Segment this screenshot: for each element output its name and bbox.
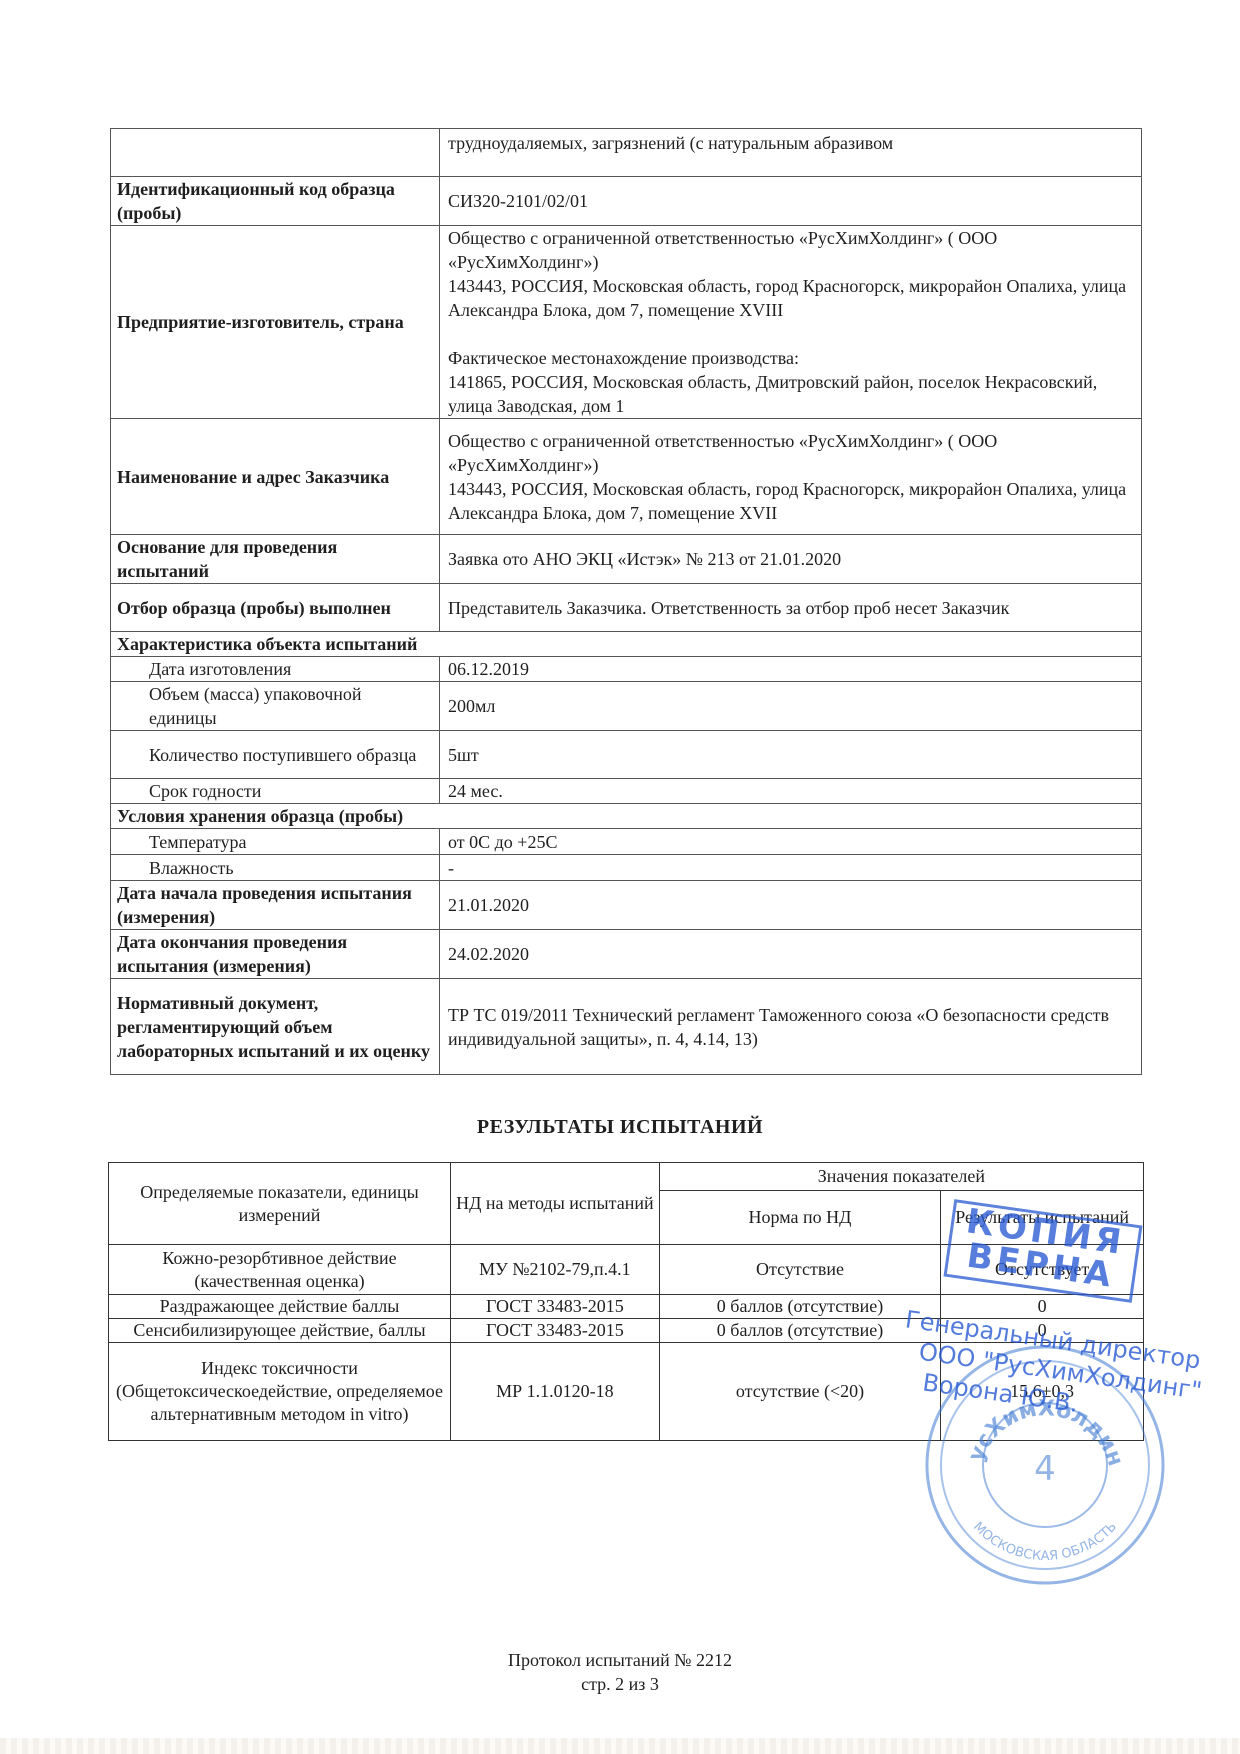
norm-cell: 0 баллов (отсутствие) xyxy=(659,1319,940,1343)
object-row-value: 200мл xyxy=(440,682,1142,731)
protocol-number: Протокол испытаний № 2212 xyxy=(0,1648,1240,1672)
table-row: трудноудаляемых, загрязнений (с натураль… xyxy=(111,129,1142,177)
object-row-value: 24 мес. xyxy=(440,779,1142,804)
seal-center-text: 4 xyxy=(1034,1449,1056,1489)
customer-value: Общество с ограниченной ответственностью… xyxy=(440,419,1142,535)
method-cell: ГОСТ 33483-2015 xyxy=(450,1295,659,1319)
header-row: Определяемые показатели, единицы измерен… xyxy=(109,1163,1144,1191)
header-result: Результаты испытаний xyxy=(941,1191,1144,1245)
table-row: Срок годности 24 мес. xyxy=(111,779,1142,804)
table-row: Индекс токсичности (Общетоксическоедейст… xyxy=(109,1343,1144,1441)
start-date-value: 21.01.2020 xyxy=(440,881,1142,930)
table-row: Отбор образца (пробы) выполнен Представи… xyxy=(111,584,1142,632)
norm-cell: отсутствие (<20) xyxy=(659,1343,940,1441)
page-footer: Протокол испытаний № 2212 стр. 2 из 3 xyxy=(0,1648,1240,1696)
table-row: Основание для проведения испытаний Заявк… xyxy=(111,535,1142,584)
indicator-cell: Кожно-резорбтивное действие (качественна… xyxy=(109,1245,451,1295)
object-section-title: Характеристика объекта испытаний xyxy=(111,632,1142,657)
table-row: Количество поступившего образца 5шт xyxy=(111,731,1142,779)
norm-cell: Отсутствие xyxy=(659,1245,940,1295)
method-cell: МУ №2102-79,п.4.1 xyxy=(450,1245,659,1295)
indicator-cell: Сенсибилизирующее действие, баллы xyxy=(109,1319,451,1343)
result-cell: Отсутствует xyxy=(941,1245,1144,1295)
object-row-label: Срок годности xyxy=(111,779,440,804)
storage-row-label: Температура xyxy=(111,829,440,855)
basis-label: Основание для проведения испытаний xyxy=(111,535,440,584)
sample-info-table: трудноудаляемых, загрязнений (с натураль… xyxy=(110,128,1142,1075)
table-row: Температура от 0С до +25С xyxy=(111,829,1142,855)
result-cell: 0 xyxy=(941,1295,1144,1319)
object-row-value: 06.12.2019 xyxy=(440,657,1142,682)
end-date-value: 24.02.2020 xyxy=(440,930,1142,979)
storage-row-value: - xyxy=(440,855,1142,881)
header-norm: Норма по НД xyxy=(659,1191,940,1245)
result-cell: 15,6±0,3 xyxy=(941,1343,1144,1441)
header-indicator: Определяемые показатели, единицы измерен… xyxy=(109,1163,451,1245)
sample-code-label: Идентификационный код образца (пробы) xyxy=(111,177,440,226)
basis-value: Заявка ото АНО ЭКЦ «Истэк» № 213 от 21.0… xyxy=(440,535,1142,584)
table-row: Дата начала проведения испытания (измере… xyxy=(111,881,1142,930)
section-header-row: Характеристика объекта испытаний xyxy=(111,632,1142,657)
section-header-row: Условия хранения образца (пробы) xyxy=(111,804,1142,829)
results-title: РЕЗУЛЬТАТЫ ИСПЫТАНИЙ xyxy=(0,1116,1240,1139)
table-row: Влажность - xyxy=(111,855,1142,881)
object-row-label: Дата изготовления xyxy=(111,657,440,682)
results-table: Определяемые показатели, единицы измерен… xyxy=(108,1162,1144,1441)
manufacturer-label: Предприятие-изготовитель, страна xyxy=(111,226,440,419)
table-row: Раздражающее действие баллы ГОСТ 33483-2… xyxy=(109,1295,1144,1319)
header-method: НД на методы испытаний xyxy=(450,1163,659,1245)
table-row: Идентификационный код образца (пробы) СИ… xyxy=(111,177,1142,226)
page-number: стр. 2 из 3 xyxy=(0,1672,1240,1696)
storage-section-title: Условия хранения образца (пробы) xyxy=(111,804,1142,829)
table-row: Нормативный документ, регламентирующий о… xyxy=(111,979,1142,1075)
document-page: трудноудаляемых, загрязнений (с натураль… xyxy=(0,0,1240,1754)
sampling-value: Представитель Заказчика. Ответственность… xyxy=(440,584,1142,632)
table-row: Дата изготовления 06.12.2019 xyxy=(111,657,1142,682)
header-values-group: Значения показателей xyxy=(659,1163,1143,1191)
method-cell: МР 1.1.0120-18 xyxy=(450,1343,659,1441)
method-cell: ГОСТ 33483-2015 xyxy=(450,1319,659,1343)
object-row-label: Объем (масса) упаковочной единицы xyxy=(111,682,440,731)
table-row: Дата окончания проведения испытания (изм… xyxy=(111,930,1142,979)
customer-label: Наименование и адрес Заказчика xyxy=(111,419,440,535)
result-cell: 0 xyxy=(941,1319,1144,1343)
object-row-label: Количество поступившего образца xyxy=(111,731,440,779)
seal-region-text: МОСКОВСКАЯ ОБЛАСТЬ xyxy=(970,1519,1120,1564)
table-row: Сенсибилизирующее действие, баллы ГОСТ 3… xyxy=(109,1319,1144,1343)
table-row: Предприятие-изготовитель, страна Обществ… xyxy=(111,226,1142,419)
sample-code-value: СИЗ20-2101/02/01 xyxy=(440,177,1142,226)
storage-row-label: Влажность xyxy=(111,855,440,881)
scan-edge xyxy=(0,1738,1240,1754)
table-row: Кожно-резорбтивное действие (качественна… xyxy=(109,1245,1144,1295)
indicator-cell: Индекс токсичности (Общетоксическоедейст… xyxy=(109,1343,451,1441)
object-row-value: 5шт xyxy=(440,731,1142,779)
manufacturer-value: Общество с ограниченной ответственностью… xyxy=(440,226,1142,419)
empty-label-cell xyxy=(111,129,440,177)
svg-text:МОСКОВСКАЯ ОБЛАСТЬ: МОСКОВСКАЯ ОБЛАСТЬ xyxy=(970,1519,1120,1564)
end-date-label: Дата окончания проведения испытания (изм… xyxy=(111,930,440,979)
table-row: Наименование и адрес Заказчика Общество … xyxy=(111,419,1142,535)
start-date-label: Дата начала проведения испытания (измере… xyxy=(111,881,440,930)
sampling-label: Отбор образца (пробы) выполнен xyxy=(111,584,440,632)
storage-row-value: от 0С до +25С xyxy=(440,829,1142,855)
indicator-cell: Раздражающее действие баллы xyxy=(109,1295,451,1319)
normative-doc-value: ТР ТС 019/2011 Технический регламент Там… xyxy=(440,979,1142,1075)
normative-doc-label: Нормативный документ, регламентирующий о… xyxy=(111,979,440,1075)
table-row: Объем (масса) упаковочной единицы 200мл xyxy=(111,682,1142,731)
norm-cell: 0 баллов (отсутствие) xyxy=(659,1295,940,1319)
continuation-text: трудноудаляемых, загрязнений (с натураль… xyxy=(440,129,1142,177)
